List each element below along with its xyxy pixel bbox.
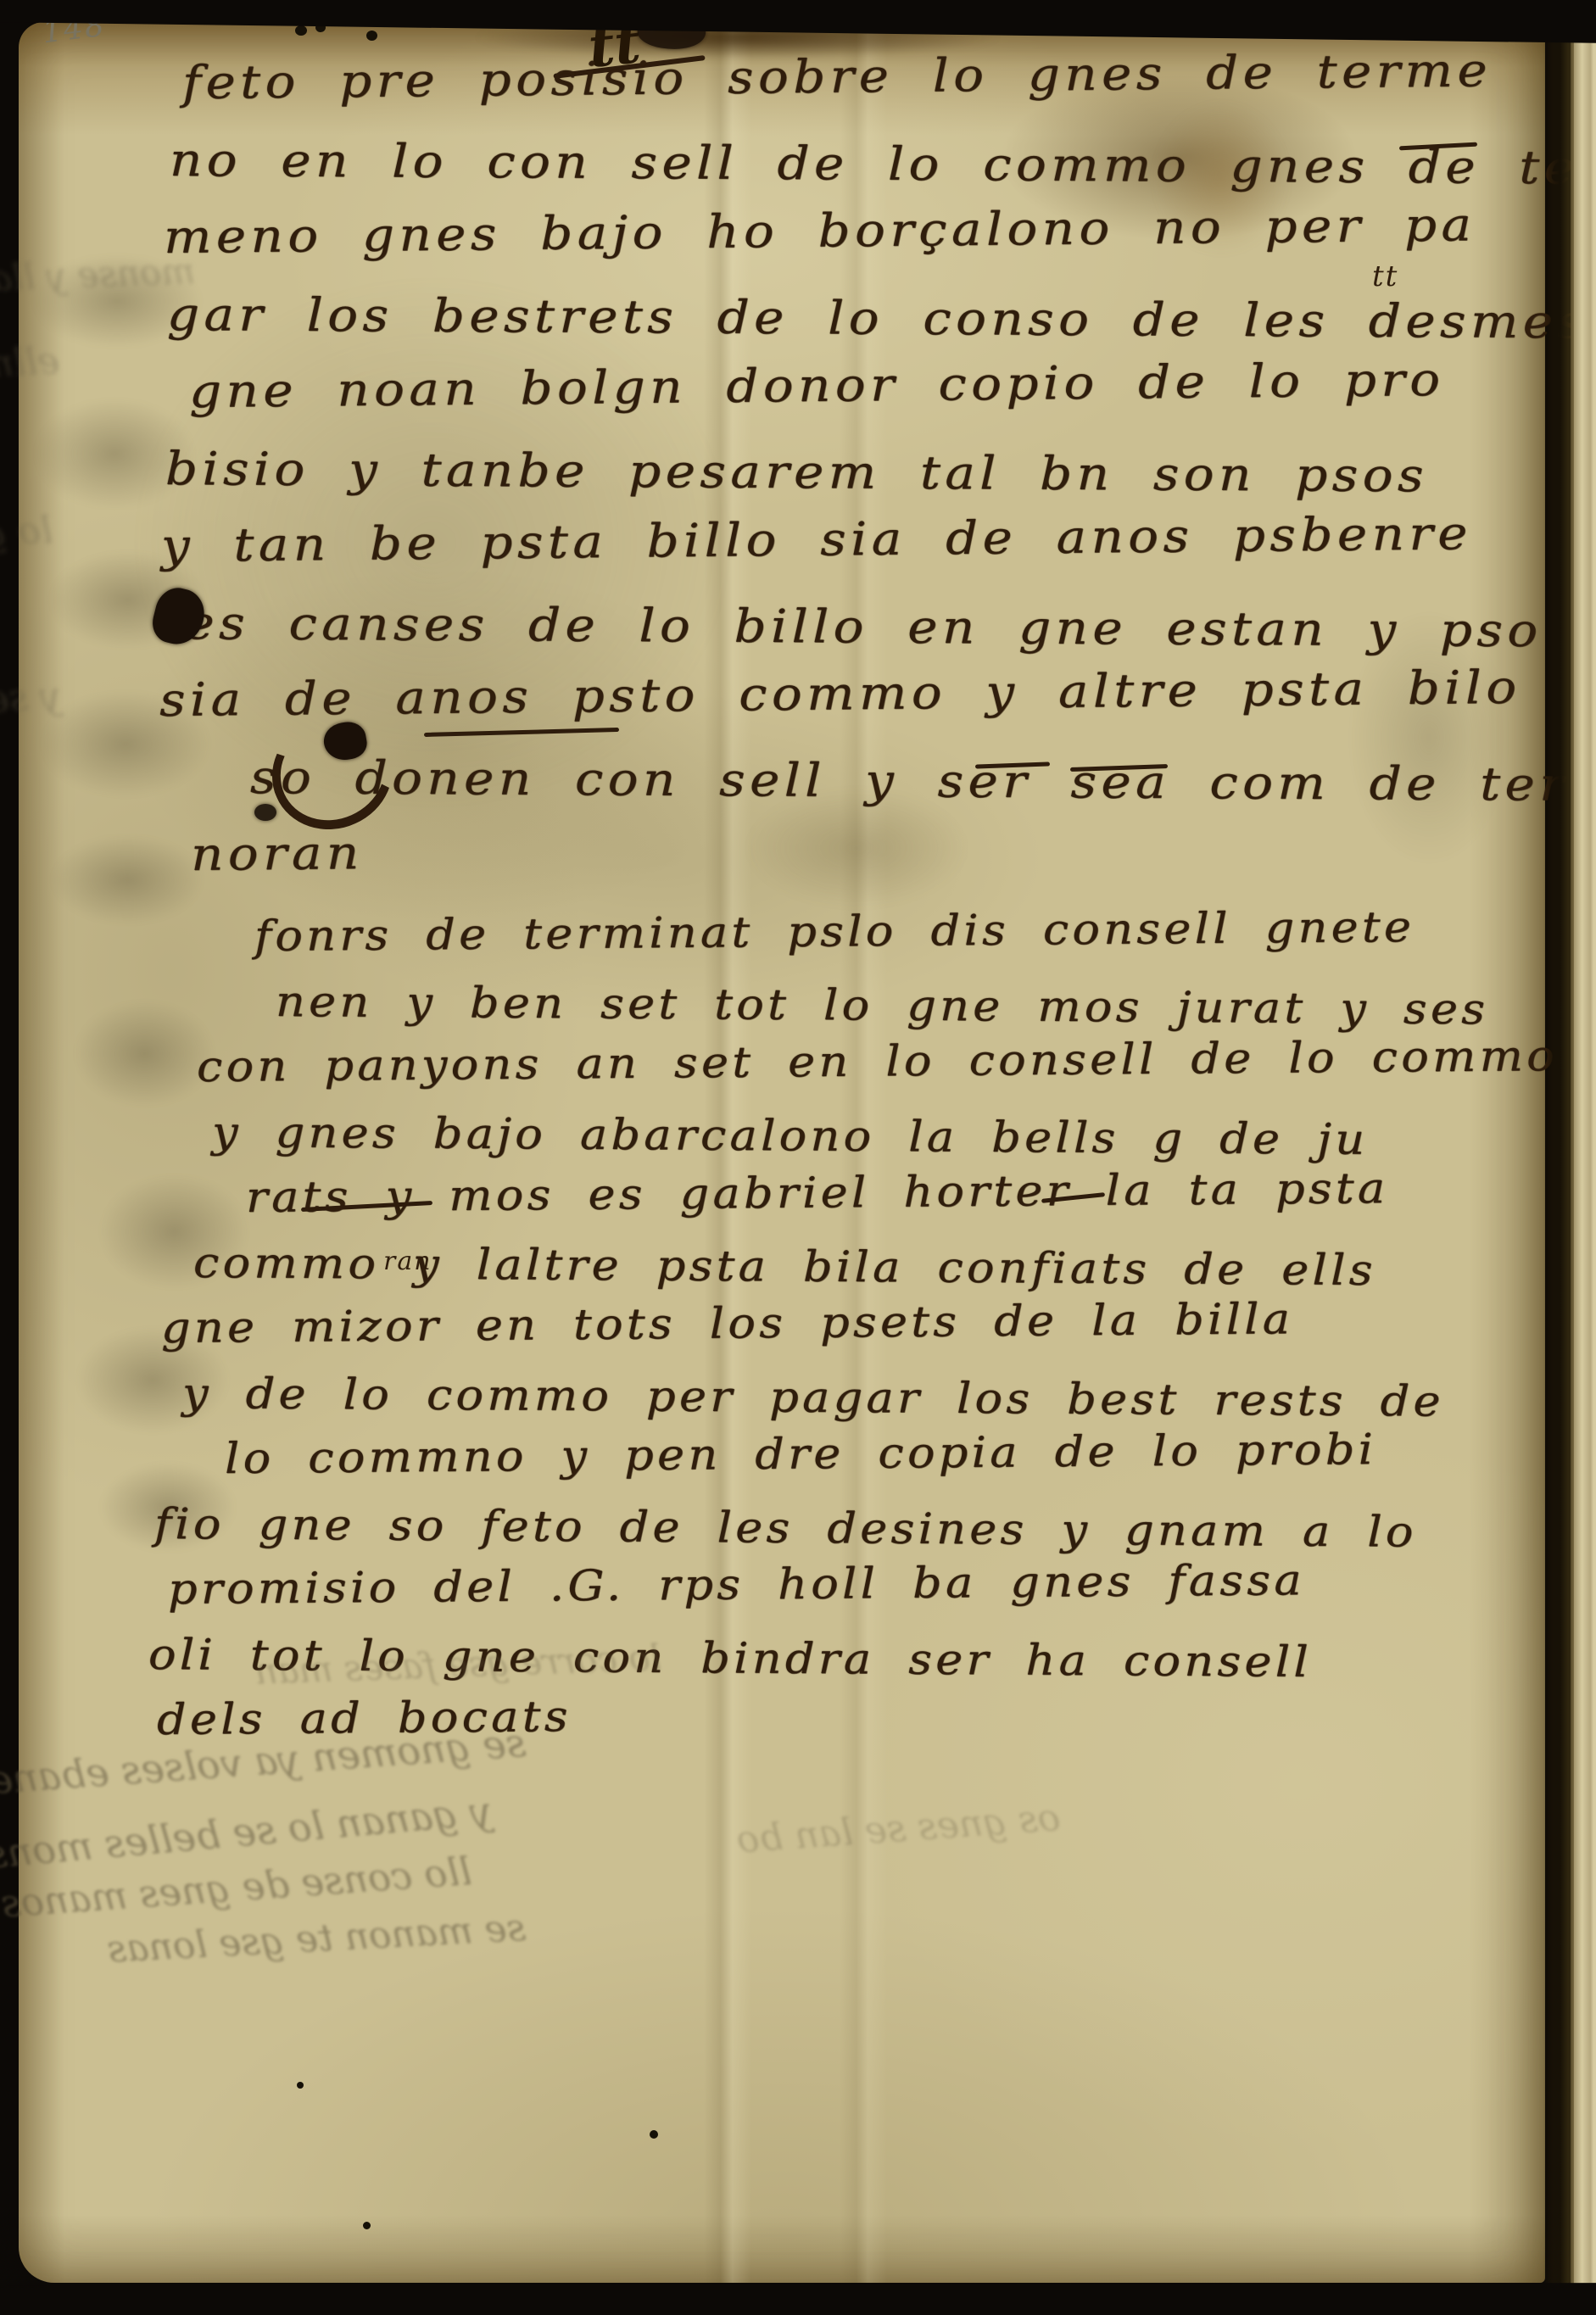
manuscript-line: fonrs de terminat pslo dis consell gnete [254, 894, 1554, 969]
ink-speck [297, 2082, 304, 2089]
ink-blot [254, 804, 276, 821]
interline-insertion: ran [383, 1247, 432, 1276]
ink-speck [363, 2222, 371, 2229]
manuscript-line: lo commno y pen dre copia de lo probi [225, 1415, 1556, 1492]
ink-dot [295, 25, 307, 36]
manuscript-line: feto pre posisio sobre lo gnes de terme [181, 31, 1596, 121]
manuscript-line: con panyons an set en lo consell de lo c… [197, 1024, 1559, 1100]
manuscript-line: rats y mos es gabriel horter la ta psta [246, 1155, 1554, 1230]
line4-superscript-mark: tt [1372, 259, 1398, 293]
manuscript-line: y tan be psta billo sia de anos psbenre [160, 494, 1596, 584]
ink-dot [366, 31, 377, 41]
adjacent-page-edge [1571, 0, 1596, 2315]
manuscript-line: promisio del .G. rps holl ba gnes fassa [168, 1546, 1560, 1622]
scanner-background-bottom [0, 2283, 1596, 2315]
manuscript-line: noran [190, 802, 1596, 893]
ink-speck [650, 2130, 658, 2139]
book-gutter-shadow [1543, 0, 1574, 2315]
manuscript-line: gne mizor en tots los psets de la billa [161, 1285, 1561, 1361]
manuscript-scan: ellmos conmo se gnes vanes lo ganan se m… [0, 0, 1596, 2315]
manuscript-line: sia de anos psto commo y altre psta bilo [159, 647, 1596, 738]
manuscript-line: gne noan bolgn donor copio de lo pro [188, 339, 1596, 430]
paragraph-2: fonrs de terminat pslo dis consell gnete… [144, 904, 1457, 1753]
